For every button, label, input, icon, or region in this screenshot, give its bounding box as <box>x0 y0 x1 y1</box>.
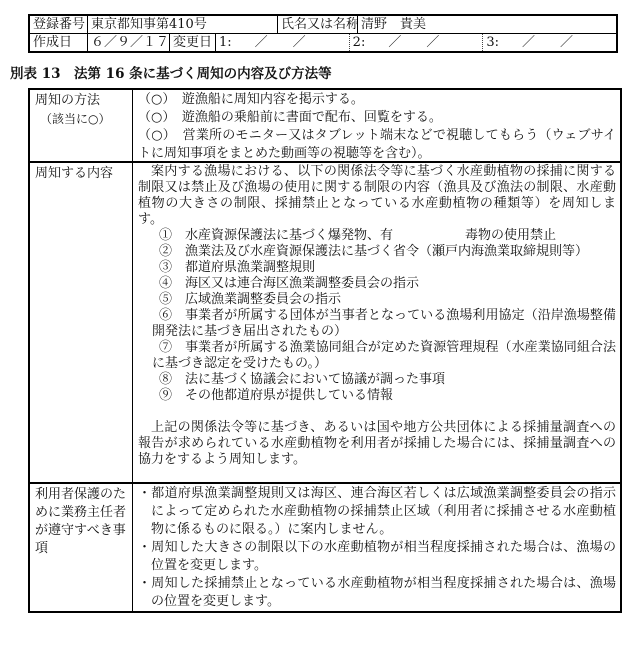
notice-content-label: 周知する内容 <box>35 165 129 183</box>
blank-line <box>138 404 616 420</box>
notice-method-content-cell: （○） 遊漁船に周知内容を掲示する。 （○） 遊漁船の乗船前に書面で配布、回覧を… <box>133 90 620 161</box>
table-row-notice-content: 周知する内容 案内する漁場における、以下の関係法令等に基づく水産動植物の採捕に関… <box>30 161 620 482</box>
notice-method-label-sub: （該当に○） <box>35 110 129 128</box>
reg-number-label: 登録番号 <box>30 16 88 33</box>
registration-header-table: 登録番号 東京都知事第410号 氏名又は名称 清野 貴美 作成日 ６／９／１７ … <box>28 14 618 53</box>
reg-number-value: 東京都知事第410号 <box>88 16 278 33</box>
law-item-9: ⑨ その他都道府県が提供している情報 <box>138 388 616 404</box>
change-slot-2-value: ／ ／ <box>388 34 459 51</box>
changed-date-label: 変更日 <box>170 34 216 51</box>
change-slot-3-number: 3: <box>483 34 499 51</box>
change-date-slot-2: 2: ／ ／ <box>349 34 483 51</box>
notice-detail-table: 周知の方法 （該当に○） （○） 遊漁船に周知内容を掲示する。 （○） 遊漁船の… <box>28 88 622 613</box>
law-item-1-prefix: ① 水産資源保護法に基づく爆発物、有 <box>159 228 393 243</box>
law-item-4: ④ 海区又は連合海区漁業調整委員会の指示 <box>138 276 616 292</box>
change-date-slot-1: 1: ／ ／ <box>216 34 349 51</box>
document-page: 登録番号 東京都知事第410号 氏名又は名称 清野 貴美 作成日 ６／９／１７ … <box>0 0 643 664</box>
change-slot-2-number: 2: <box>350 34 366 51</box>
law-item-1-suffix: 毒物の使用禁止 <box>465 228 556 243</box>
sheet-title: 別表 13 法第 16 条に基づく周知の内容及び方法等 <box>10 62 332 82</box>
duties-label: 利用者保護のために業務主任者が遵守すべき事項 <box>35 486 129 558</box>
change-slot-1-value: ／ ／ <box>255 34 326 51</box>
registration-row: 登録番号 東京都知事第410号 氏名又は名称 清野 貴美 <box>30 16 616 33</box>
change-slot-3-value: ／ ／ <box>522 34 593 51</box>
duty-bullet-2: ・周知した大きさの制限以下の水産動植物が相当程度採捕された場合は、漁場の位置を変… <box>138 539 616 575</box>
holder-name-label: 氏名又は名称 <box>278 16 358 33</box>
dates-row: 作成日 ６／９／１７ 変更日 1: ／ ／ 2: ／ ／ 3: ／ ／ <box>30 33 616 51</box>
notice-method-label: 周知の方法 <box>35 92 129 110</box>
notice-content-closing: 上記の関係法令等に基づき、あるいは国や地方公共団体による採捕量調査への報告が求め… <box>138 420 616 468</box>
created-date-value: ６／９／１７ <box>88 34 170 51</box>
law-item-2: ② 漁業法及び水産資源保護法に基づく省令（瀬戸内海漁業取締規則等） <box>138 244 616 260</box>
notice-content-label-cell: 周知する内容 <box>30 163 133 482</box>
law-item-8: ⑧ 法に基づく協議会において協議が調った事項 <box>138 372 616 388</box>
law-item-3: ③ 都道府県漁業調整規則 <box>138 260 616 276</box>
holder-name-value: 清野 貴美 <box>358 16 616 33</box>
law-item-6: ⑥ 事業者が所属する団体が当事者となっている漁場利用協定（沿岸漁場整備開発法に基… <box>138 308 616 340</box>
notice-method-option: （○） 遊漁船に周知内容を掲示する。 <box>138 91 616 109</box>
created-date-label: 作成日 <box>30 34 88 51</box>
table-row-notice-method: 周知の方法 （該当に○） （○） 遊漁船に周知内容を掲示する。 （○） 遊漁船の… <box>30 90 620 161</box>
duty-bullet-3: ・周知した採捕禁止となっている水産動植物が相当程度採捕された場合は、漁場の位置を… <box>138 575 616 611</box>
duties-content-cell: ・都道府県漁業調整規則又は海区、連合海区若しくは広域漁業調整委員会の指示によって… <box>133 484 620 611</box>
duties-label-cell: 利用者保護のために業務主任者が遵守すべき事項 <box>30 484 133 611</box>
duty-bullet-1: ・都道府県漁業調整規則又は海区、連合海区若しくは広域漁業調整委員会の指示によって… <box>138 485 616 539</box>
change-slot-1-number: 1: <box>216 34 232 51</box>
law-item-7: ⑦ 事業者が所属する漁業協同組合が定めた資源管理規程（水産業協同組合法に基づき認… <box>138 340 616 372</box>
change-date-slot-3: 3: ／ ／ <box>482 34 616 51</box>
law-item-1: ① 水産資源保護法に基づく爆発物、有毒物の使用禁止 <box>138 228 616 244</box>
law-item-5: ⑤ 広域漁業調整委員会の指示 <box>138 292 616 308</box>
table-row-duties: 利用者保護のために業務主任者が遵守すべき事項 ・都道府県漁業調整規則又は海区、連… <box>30 482 620 611</box>
notice-content-intro: 案内する漁場における、以下の関係法令等に基づく水産動植物の採捕に関する制限又は禁… <box>138 164 616 228</box>
notice-method-option: （○） 遊漁船の乗船前に書面で配布、回覧をする。 <box>138 109 616 127</box>
notice-method-option: （○） 営業所のモニター又はタブレット端末などで視聴してもらう（ウェブサイトに周… <box>138 127 616 161</box>
notice-content-cell: 案内する漁場における、以下の関係法令等に基づく水産動植物の採捕に関する制限又は禁… <box>133 163 620 482</box>
notice-method-label-cell: 周知の方法 （該当に○） <box>30 90 133 161</box>
